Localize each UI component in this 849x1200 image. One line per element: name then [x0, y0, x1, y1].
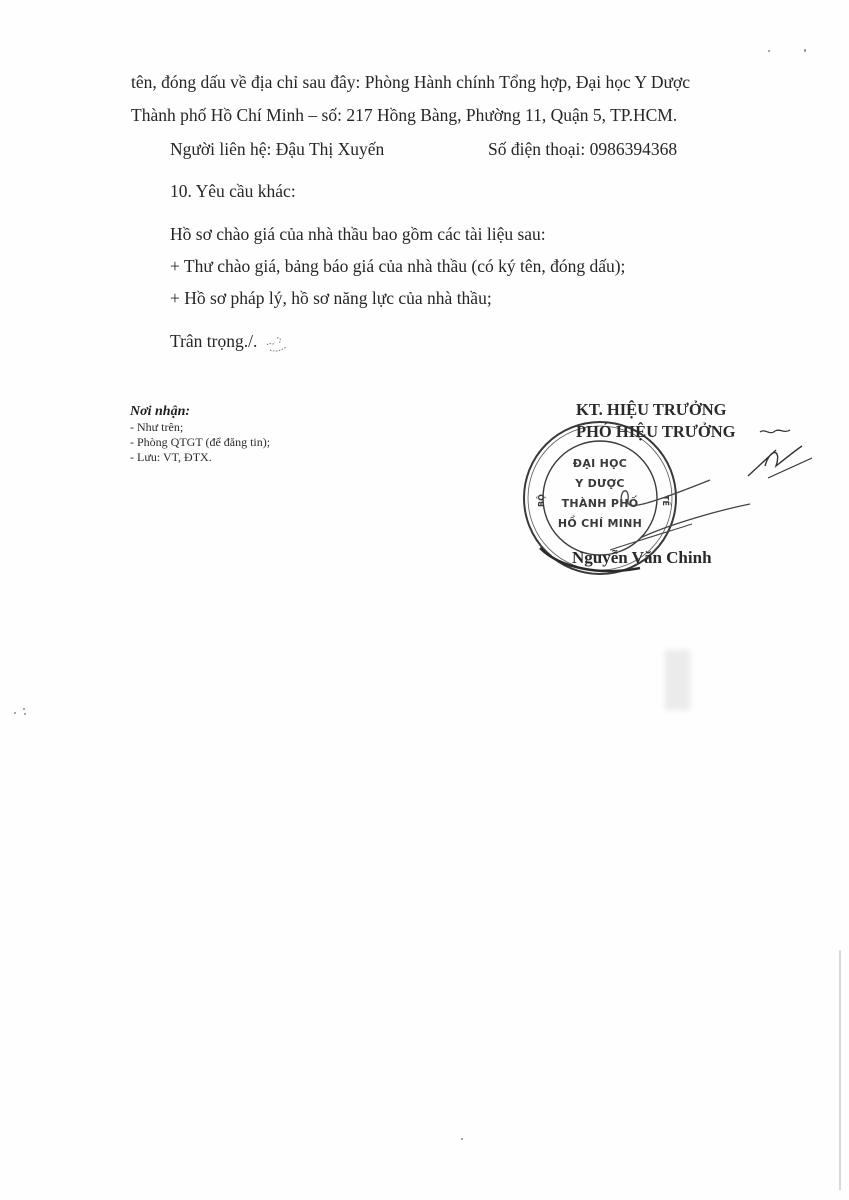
scan-edge-shadow	[839, 950, 841, 1190]
bid-doc-item: + Hồ sơ pháp lý, hồ sơ năng lực của nhà …	[170, 287, 492, 309]
scan-speck	[804, 49, 806, 52]
scan-speck	[768, 50, 770, 52]
signer-name: Nguyễn Văn Chinh	[572, 548, 712, 568]
scan-speck	[14, 712, 16, 714]
scan-speck	[461, 1138, 463, 1140]
bid-doc-item: + Thư chào giá, bảng báo giá của nhà thầ…	[170, 255, 625, 277]
recipients-heading: Nơi nhận:	[130, 404, 270, 420]
recipient-item: - Như trên;	[130, 420, 270, 435]
scan-speck	[24, 713, 26, 715]
scan-speck	[23, 708, 25, 710]
body-line-address-1: tên, đóng dấu về địa chỉ sau đây: Phòng …	[131, 71, 690, 93]
scan-bleed-through	[665, 650, 690, 710]
contact-person: Người liên hệ: Đậu Thị Xuyến	[170, 139, 384, 159]
handwritten-signature-icon	[600, 428, 820, 568]
section-10-heading: 10. Yêu cầu khác:	[170, 180, 296, 202]
recipients-block: Nơi nhận: - Như trên; - Phòng QTGT (để đ…	[130, 404, 270, 465]
contact-phone: Số điện thoại: 0986394368	[488, 138, 677, 160]
signature-block: ĐẠI HỌC Y DƯỢC THÀNH PHỐ HỒ CHÍ MINH BỘ …	[520, 398, 820, 578]
closing-text: Trân trọng./.	[170, 331, 257, 351]
contact-line: Người liên hệ: Đậu Thị Xuyến Số điện tho…	[170, 138, 384, 160]
body-line-address-2: Thành phố Hồ Chí Minh – số: 217 Hồng Bàn…	[131, 104, 677, 126]
recipient-item: - Lưu: VT, ĐTX.	[130, 450, 270, 465]
bid-docs-intro: Hồ sơ chào giá của nhà thầu bao gồm các …	[170, 223, 546, 245]
scanned-document-page: tên, đóng dấu về địa chỉ sau đây: Phòng …	[0, 0, 849, 1200]
closing-line: Trân trọng./.	[170, 330, 290, 353]
recipient-item: - Phòng QTGT (để đăng tin);	[130, 435, 270, 450]
seal-side-text: BỘ	[537, 494, 546, 507]
signer-title-line1: KT. HIỆU TRƯỞNG	[576, 400, 727, 420]
initials-mark-icon	[264, 333, 290, 353]
